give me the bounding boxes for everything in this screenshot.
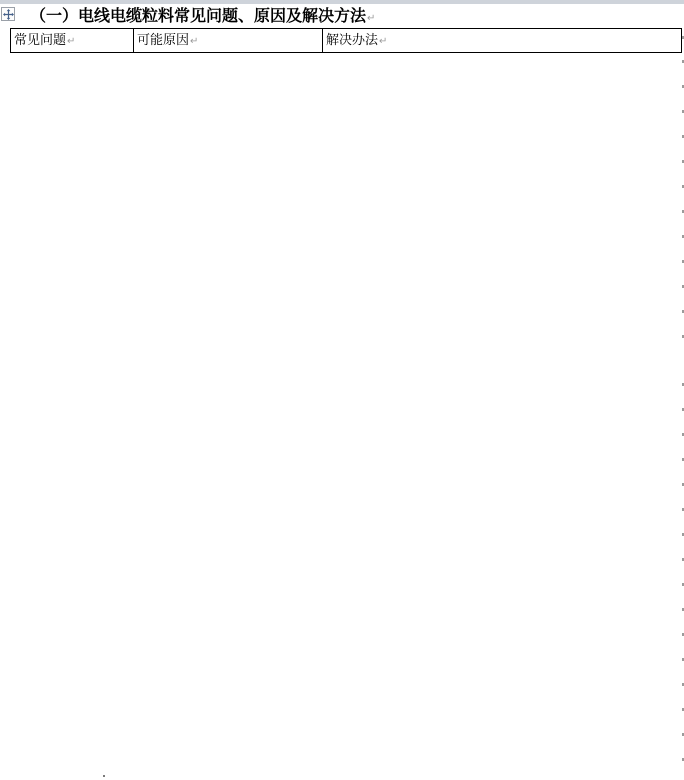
header-row: 常见问题↵可能原因↵解决办法↵ — [11, 29, 682, 53]
header-cell[interactable]: 解决办法↵ — [323, 29, 682, 53]
move-arrows-icon — [3, 9, 14, 20]
table-move-handle[interactable] — [1, 7, 15, 21]
stray-dot — [103, 775, 105, 777]
cell-end-mark: ↵ — [67, 36, 75, 47]
paragraph-mark: ↵ — [367, 13, 375, 24]
header-cell[interactable]: 常见问题↵ — [11, 29, 134, 53]
document-title-line[interactable]: （一）电线电缆粒料常见问题、原因及解决方法↵ — [30, 5, 375, 27]
cell-end-mark: ↵ — [190, 36, 198, 47]
window-top-strip — [0, 0, 684, 4]
problems-table: 常见问题↵可能原因↵解决办法↵ — [10, 28, 682, 53]
page-title: （一）电线电缆粒料常见问题、原因及解决方法 — [30, 6, 366, 25]
header-label: 常见问题 — [14, 33, 66, 48]
header-label: 解决办法 — [326, 33, 378, 48]
header-cell[interactable]: 可能原因↵ — [134, 29, 323, 53]
cell-end-mark: ↵ — [379, 36, 387, 47]
header-label: 可能原因 — [137, 33, 189, 48]
